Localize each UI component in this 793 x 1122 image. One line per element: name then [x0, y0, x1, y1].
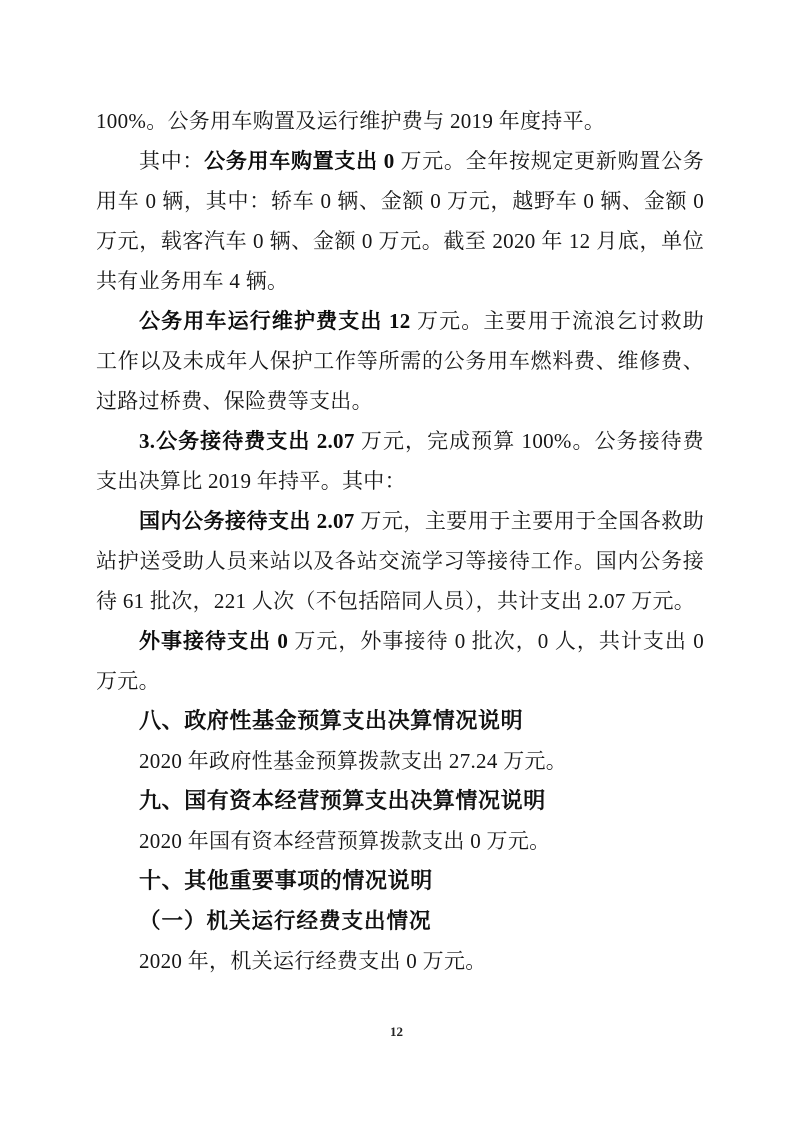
paragraph-foreign-reception: 外事接待支出 0 万元，外事接待 0 批次，0 人，共计支出 0 万元。: [96, 621, 704, 701]
heading-subsection-1: （一）机关运行经费支出情况: [96, 901, 704, 941]
heading-text: （一）机关运行经费支出情况: [139, 909, 432, 933]
text-run: 2020 年国有资本经营预算拨款支出 0 万元。: [139, 829, 550, 853]
text-run-bold: 国内公务接待支出 2.07: [139, 509, 355, 533]
heading-section-8: 八、政府性基金预算支出决算情况说明: [96, 701, 704, 741]
paragraph-vehicle-purchase: 其中：公务用车购置支出 0 万元。全年按规定更新购置公务用车 0 辆，其中：轿车…: [96, 141, 704, 301]
paragraph-govt-fund: 2020 年政府性基金预算拨款支出 27.24 万元。: [96, 741, 704, 781]
paragraph-state-capital: 2020 年国有资本经营预算拨款支出 0 万元。: [96, 821, 704, 861]
document-page: 100%。公务用车购置及运行维护费与 2019 年度持平。 其中：公务用车购置支…: [0, 0, 793, 1122]
text-run-bold: 公务用车购置支出 0: [204, 149, 394, 173]
heading-text: 九、国有资本经营预算支出决算情况说明: [139, 788, 546, 813]
text-run-bold: 公务用车运行维护费支出 12: [139, 309, 411, 333]
paragraph-reception-total: 3.公务接待费支出 2.07 万元，完成预算 100%。公务接待费支出决算比 2…: [96, 421, 704, 501]
text-run: 其中：: [139, 149, 204, 173]
heading-section-9: 九、国有资本经营预算支出决算情况说明: [96, 781, 704, 821]
paragraph-operating-expense: 2020 年，机关运行经费支出 0 万元。: [96, 941, 704, 981]
text-run-bold: 外事接待支出 0: [139, 629, 288, 653]
text-run: 100%。公务用车购置及运行维护费与 2019 年度持平。: [96, 109, 605, 133]
paragraph-carryover: 100%。公务用车购置及运行维护费与 2019 年度持平。: [96, 101, 704, 141]
page-number: 12: [0, 1024, 793, 1040]
text-run: 2020 年，机关运行经费支出 0 万元。: [139, 949, 487, 973]
heading-text: 十、其他重要事项的情况说明: [139, 868, 433, 893]
text-run: 2020 年政府性基金预算拨款支出 27.24 万元。: [139, 749, 567, 773]
heading-section-10: 十、其他重要事项的情况说明: [96, 861, 704, 901]
text-run-bold: 3.公务接待费支出 2.07: [139, 429, 355, 453]
paragraph-vehicle-maintenance: 公务用车运行维护费支出 12 万元。主要用于流浪乞讨救助工作以及未成年人保护工作…: [96, 301, 704, 421]
document-body: 100%。公务用车购置及运行维护费与 2019 年度持平。 其中：公务用车购置支…: [96, 101, 704, 981]
heading-text: 八、政府性基金预算支出决算情况说明: [139, 708, 523, 733]
paragraph-domestic-reception: 国内公务接待支出 2.07 万元，主要用于主要用于全国各救助站护送受助人员来站以…: [96, 501, 704, 621]
